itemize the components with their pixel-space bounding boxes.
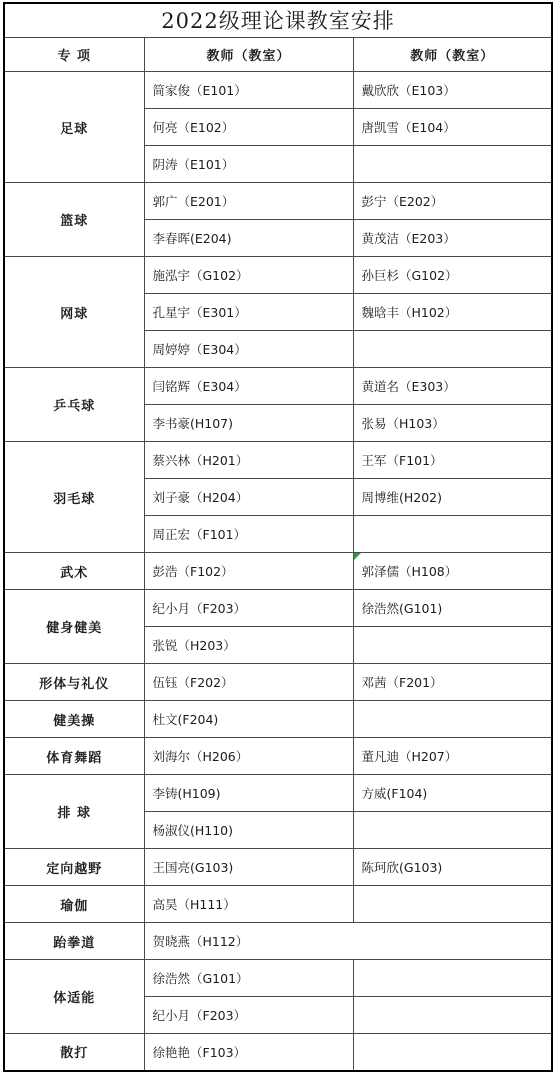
- empty-cell: [353, 701, 552, 738]
- empty-cell: [353, 812, 552, 849]
- teacher-cell: 施泓宇（G102）: [144, 257, 353, 294]
- sport-cell: 体适能: [4, 960, 144, 1034]
- teacher-cell: 董凡迪（H207）: [353, 738, 552, 775]
- teacher-cell: 黄道名（E303）: [353, 368, 552, 405]
- empty-cell: [353, 331, 552, 368]
- column-header-sport: 专 项: [4, 38, 144, 72]
- teacher-cell: 陈珂欣(G103): [353, 849, 552, 886]
- teacher-cell: 邓茜（F201）: [353, 664, 552, 701]
- teacher-cell-merged: 贺晓燕（H112）: [144, 923, 552, 960]
- teacher-cell: 戴欣欣（E103）: [353, 72, 552, 109]
- teacher-cell: 孔星宇（E301）: [144, 294, 353, 331]
- sport-cell: 健美操: [4, 701, 144, 738]
- sport-cell: 跆拳道: [4, 923, 144, 960]
- cell-error-marker-icon: [354, 553, 361, 560]
- table-row: 体适能 徐浩然（G101）: [4, 960, 552, 997]
- sport-cell: 散打: [4, 1034, 144, 1071]
- table-row: 健美操 杜文(F204): [4, 701, 552, 738]
- teacher-cell: 刘海尔（H206）: [144, 738, 353, 775]
- sport-cell: 定向越野: [4, 849, 144, 886]
- teacher-cell: 伍钰（F202）: [144, 664, 353, 701]
- teacher-cell: 何亮（E102）: [144, 109, 353, 146]
- teacher-cell: 阴涛（E101）: [144, 146, 353, 183]
- teacher-cell: 彭宁（E202）: [353, 183, 552, 220]
- empty-cell: [353, 960, 552, 997]
- table-row: 跆拳道 贺晓燕（H112）: [4, 923, 552, 960]
- empty-cell: [353, 886, 552, 923]
- table-row: 形体与礼仪 伍钰（F202） 邓茜（F201）: [4, 664, 552, 701]
- table-row: 排 球 李铸(H109) 方威(F104): [4, 775, 552, 812]
- teacher-cell: 闫铭辉（E304）: [144, 368, 353, 405]
- teacher-cell: 张锐（H203）: [144, 627, 353, 664]
- teacher-cell: 郭泽儒（H108）: [353, 553, 552, 590]
- sport-cell: 健身健美: [4, 590, 144, 664]
- table-row: 散打 徐艳艳（F103）: [4, 1034, 552, 1071]
- table-row: 足球 简家俊（E101） 戴欣欣（E103）: [4, 72, 552, 109]
- sport-cell: 篮球: [4, 183, 144, 257]
- teacher-cell: 纪小月（F203）: [144, 590, 353, 627]
- table-row: 网球 施泓宇（G102） 孙巨杉（G102）: [4, 257, 552, 294]
- sport-cell: 乒乓球: [4, 368, 144, 442]
- teacher-cell: 徐浩然(G101): [353, 590, 552, 627]
- teacher-cell: 李书豪(H107): [144, 405, 353, 442]
- column-header-teacher-2: 教师（教室）: [353, 38, 552, 72]
- teacher-cell: 李铸(H109): [144, 775, 353, 812]
- sport-cell: 网球: [4, 257, 144, 368]
- empty-cell: [353, 146, 552, 183]
- teacher-cell: 杜文(F204): [144, 701, 353, 738]
- sport-cell: 排 球: [4, 775, 144, 849]
- teacher-cell: 刘子豪（H204）: [144, 479, 353, 516]
- table-row: 健身健美 纪小月（F203） 徐浩然(G101): [4, 590, 552, 627]
- classroom-schedule-table: 2022级理论课教室安排 专 项 教师（教室） 教师（教室） 足球 简家俊（E1…: [3, 2, 553, 1072]
- teacher-cell: 杨淑仪(H110): [144, 812, 353, 849]
- teacher-cell: 纪小月（F203）: [144, 997, 353, 1034]
- teacher-cell: 王国亮(G103): [144, 849, 353, 886]
- teacher-cell: 张易（H103）: [353, 405, 552, 442]
- sport-cell: 羽毛球: [4, 442, 144, 553]
- table-header-row: 专 项 教师（教室） 教师（教室）: [4, 38, 552, 72]
- teacher-cell: 魏晗丰（H102）: [353, 294, 552, 331]
- teacher-cell: 孙巨杉（G102）: [353, 257, 552, 294]
- empty-cell: [353, 997, 552, 1034]
- table-row: 2022级理论课教室安排: [4, 3, 552, 38]
- teacher-cell: 周婷婷（E304）: [144, 331, 353, 368]
- teacher-cell: 郭广（E201）: [144, 183, 353, 220]
- empty-cell: [353, 627, 552, 664]
- teacher-cell: 高昊（H111）: [144, 886, 353, 923]
- table-row: 武术 彭浩（F102） 郭泽儒（H108）: [4, 553, 552, 590]
- table-row: 体育舞蹈 刘海尔（H206） 董凡迪（H207）: [4, 738, 552, 775]
- teacher-cell: 王军（F101）: [353, 442, 552, 479]
- table-row: 篮球 郭广（E201） 彭宁（E202）: [4, 183, 552, 220]
- empty-cell: [353, 516, 552, 553]
- empty-cell: [353, 1034, 552, 1071]
- table-row: 羽毛球 蔡兴林（H201） 王军（F101）: [4, 442, 552, 479]
- sport-cell: 武术: [4, 553, 144, 590]
- teacher-cell: 徐浩然（G101）: [144, 960, 353, 997]
- teacher-cell: 彭浩（F102）: [144, 553, 353, 590]
- teacher-cell: 李春晖(E204): [144, 220, 353, 257]
- page-title: 2022级理论课教室安排: [4, 3, 552, 38]
- sport-cell: 体育舞蹈: [4, 738, 144, 775]
- teacher-cell-text: 郭泽儒（H108）: [362, 564, 458, 579]
- teacher-cell: 简家俊（E101）: [144, 72, 353, 109]
- teacher-cell: 方威(F104): [353, 775, 552, 812]
- teacher-cell: 徐艳艳（F103）: [144, 1034, 353, 1071]
- teacher-cell: 蔡兴林（H201）: [144, 442, 353, 479]
- table-row: 定向越野 王国亮(G103) 陈珂欣(G103): [4, 849, 552, 886]
- teacher-cell: 周博维(H202): [353, 479, 552, 516]
- table-row: 乒乓球 闫铭辉（E304） 黄道名（E303）: [4, 368, 552, 405]
- teacher-cell: 黄茂洁（E203）: [353, 220, 552, 257]
- sport-cell: 足球: [4, 72, 144, 183]
- teacher-cell: 周正宏（F101）: [144, 516, 353, 553]
- table-row: 瑜伽 高昊（H111）: [4, 886, 552, 923]
- column-header-teacher-1: 教师（教室）: [144, 38, 353, 72]
- teacher-cell: 唐凯雪（E104）: [353, 109, 552, 146]
- sport-cell: 瑜伽: [4, 886, 144, 923]
- sport-cell: 形体与礼仪: [4, 664, 144, 701]
